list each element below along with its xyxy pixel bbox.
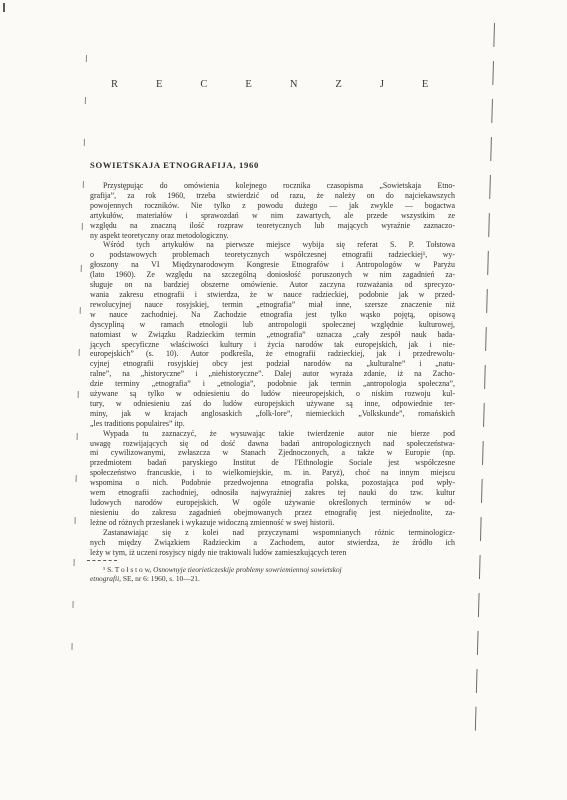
text-line: jących specyficzne właściwości kultury i… bbox=[90, 340, 455, 350]
article-body-text: Przystępując do omówienia kolejnego rocz… bbox=[90, 181, 455, 557]
text-line: nych między Związkiem Radzieckim a Zacho… bbox=[90, 538, 455, 548]
text-line: powojennych roczników. Nie tylko z powod… bbox=[90, 201, 455, 211]
text-line: artykułów, materiałów i sprawozdań w nim… bbox=[90, 211, 455, 221]
text-line: ny aspekt teoretyczny oraz metodologiczn… bbox=[90, 231, 455, 241]
running-head-recenzje: RECENZJE bbox=[111, 79, 466, 90]
scan-right-edge-line bbox=[474, 23, 495, 744]
text-line: europejskich” (s. 10). Autor podkreśla, … bbox=[90, 349, 455, 359]
text-line: dyscypliną w ramach etnologii lub antrop… bbox=[90, 320, 455, 330]
footnote: ¹ S. T o ł s t o w, Osnownyje tieorietic… bbox=[90, 565, 458, 584]
article-title: SOWIETSKAJA ETNOGRAFIJA, 1960 bbox=[90, 160, 259, 170]
text-line: przedmiotem badań paryskiego Institut de… bbox=[90, 458, 455, 468]
text-line: dzie terminy „etnografia” i „etnologia”,… bbox=[90, 379, 455, 389]
text-line: głoszony na VI Międzynarodowym Kongresie… bbox=[90, 260, 455, 270]
text-line: leżne od różnych przesłanek i wykazuje w… bbox=[90, 518, 455, 528]
text-line: Wypada tu zaznaczyć, że wysuwając takie … bbox=[90, 429, 455, 439]
text-line: mi cywilizowanymi, zwłaszcza w Stanach Z… bbox=[90, 448, 455, 458]
text-line: społeczeństwo francuskie, i to wielkomie… bbox=[90, 468, 455, 478]
text-line: w nauce zachodniej. Na Zachodzie etnogra… bbox=[90, 310, 455, 320]
text-line: natomiast w Związku Radzieckim termin „e… bbox=[90, 330, 455, 340]
footnote-citation-source: SE, nr 6: 1960, s. 10—21. bbox=[121, 574, 200, 583]
text-line: leży w tym, iż uczeni rosyjscy nigdy nie… bbox=[90, 548, 455, 558]
text-line: cyjnej etnografii rosyjskiej obcy jest p… bbox=[90, 359, 455, 369]
text-line: o podstawowych problemach teoretycznych … bbox=[90, 250, 455, 260]
text-line: wania zakresu etnografii i stwierdza, że… bbox=[90, 290, 455, 300]
scan-corner-speck bbox=[3, 3, 5, 12]
text-line: rewolucyjnej nauce rosyjskiej, termin „e… bbox=[90, 300, 455, 310]
scan-left-edge-line bbox=[71, 55, 87, 659]
text-line: niesieniu do zakresu zagadnień obejmowan… bbox=[90, 508, 455, 518]
text-line: (lato 1960). Ze względu na szczególną do… bbox=[90, 270, 455, 280]
text-line: sługuje on na bardziej obszerne omówieni… bbox=[90, 280, 455, 290]
text-line: ludowych narodów europejskich. W ogóle u… bbox=[90, 498, 455, 508]
text-line: względu na znaczną ilość rozpraw teorety… bbox=[90, 221, 455, 231]
text-line: Przystępując do omówienia kolejnego rocz… bbox=[90, 181, 455, 191]
footnote-line-2: etnografii, SE, nr 6: 1960, s. 10—21. bbox=[90, 574, 458, 583]
footnote-line-1: ¹ S. T o ł s t o w, Osnownyje tieorietic… bbox=[90, 565, 458, 574]
text-line: uwagę rozwijających się od dość dawna ba… bbox=[90, 439, 455, 449]
text-line: „les traditions populaires” itp. bbox=[90, 419, 455, 429]
text-line: ralne”, na „historyczne” i „niehistorycz… bbox=[90, 369, 455, 379]
text-line: używane są tylko w odniesieniu do ludów … bbox=[90, 389, 455, 399]
text-line: wspomina o nich. Podobnie przedwojenna e… bbox=[90, 478, 455, 488]
footnote-citation-title-cont: etnografii, bbox=[90, 574, 121, 583]
text-line: tury, w odniesieniu zaś do ludów europej… bbox=[90, 399, 455, 409]
text-line: Wśród tych artykułów na pierwsze miejsce… bbox=[90, 240, 455, 250]
text-line: grafija”, za rok 1960, trzeba stwierdzić… bbox=[90, 191, 455, 201]
scanned-document-page: RECENZJE SOWIETSKAJA ETNOGRAFIJA, 1960 P… bbox=[0, 0, 567, 800]
text-line: wem etnografii zachodniej, odnosiła najw… bbox=[90, 488, 455, 498]
footnote-separator bbox=[87, 560, 117, 561]
footnote-citation-title: Osnownyje tieorieticzeskije problemy sow… bbox=[153, 565, 342, 574]
footnote-citation-author: ¹ S. T o ł s t o w, bbox=[103, 565, 153, 574]
text-line: miny, jak w krajach anglosaskich „folk-l… bbox=[90, 409, 455, 419]
text-line: Zastanawiając się z kolei nad przyczynam… bbox=[90, 528, 455, 538]
